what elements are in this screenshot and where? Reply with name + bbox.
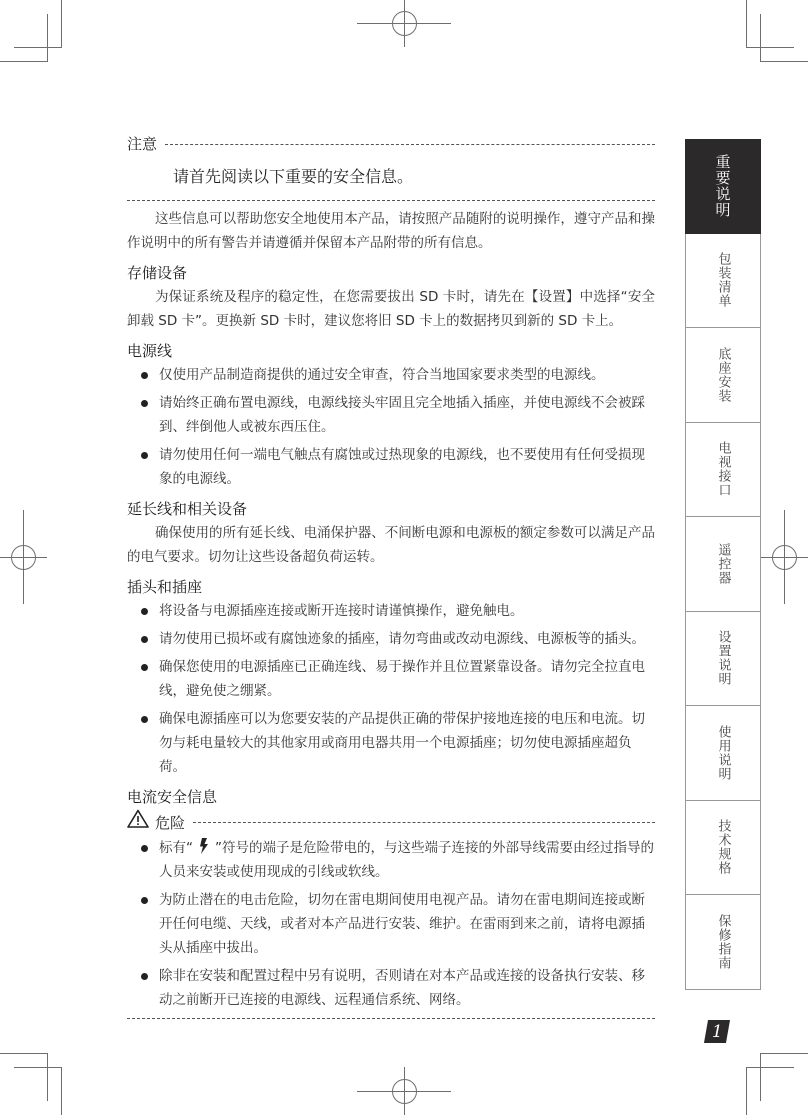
list-item: 仅使用产品制造商提供的通过安全审查，符合当地国家要求类型的电源线。 xyxy=(127,363,655,387)
danger-header: 危险 xyxy=(127,809,655,836)
warning-triangle-icon xyxy=(127,809,149,836)
intro-paragraph: 这些信息可以帮助您安全地使用本产品，请按照产品随附的说明操作，遵守产品和操作说明… xyxy=(127,207,655,255)
note-header: 注意 xyxy=(127,132,655,156)
list-item: 除非在安装和配置过程中另有说明，否则请在对本产品或连接的设备执行安装、移动之前断… xyxy=(127,964,655,1012)
dashed-rule xyxy=(165,144,655,145)
danger-label: 危险 xyxy=(155,811,185,835)
chapter-tabs: 重要说明 包装清单 底座安装 电视接口 遥控器 设置说明 使用说明 技术规格 保… xyxy=(685,139,761,990)
list-item: 标有“”符号的端子是危险带电的，与这些端子连接的外部导线需要由经过指导的人员来安… xyxy=(127,836,655,884)
storage-paragraph: 为保证系统及程序的稳定性，在您需要拔出 SD 卡时，请先在【设置】中选择“安全卸… xyxy=(127,285,655,333)
tab-important-notes[interactable]: 重要说明 xyxy=(685,139,761,234)
tab-package-list[interactable]: 包装清单 xyxy=(685,234,761,329)
list-item: 确保您使用的电源插座已正确连线、易于操作并且位置紧靠设备。请勿完全拉直电线，避免… xyxy=(127,655,655,703)
list-item: 将设备与电源插座连接或断开连接时请谨慎操作，避免触电。 xyxy=(127,599,655,623)
note-subtitle: 请首先阅读以下重要的安全信息。 xyxy=(127,165,655,191)
list-item: 请勿使用任何一端电气触点有腐蚀或过热现象的电源线，也不要使用有任何受损现象的电源… xyxy=(127,443,655,491)
tab-remote-control[interactable]: 遥控器 xyxy=(685,517,761,612)
lightning-bolt-icon xyxy=(197,838,211,854)
dashed-rule xyxy=(193,822,655,823)
section-heading-power-cord: 电源线 xyxy=(127,339,655,363)
tab-stand-installation[interactable]: 底座安装 xyxy=(685,328,761,423)
section-heading-storage: 存储设备 xyxy=(127,261,655,285)
dashed-rule xyxy=(127,200,655,201)
power-cord-list: 仅使用产品制造商提供的通过安全审查，符合当地国家要求类型的电源线。 请始终正确布… xyxy=(127,363,655,491)
section-heading-plugs: 插头和插座 xyxy=(127,575,655,599)
current-list: 标有“”符号的端子是危险带电的，与这些端子连接的外部导线需要由经过指导的人员来安… xyxy=(127,836,655,1012)
plugs-list: 将设备与电源插座连接或断开连接时请谨慎操作，避免触电。 请勿使用已损坏或有腐蚀迹… xyxy=(127,599,655,779)
list-item: 请勿使用已损坏或有腐蚀迹象的插座，请勿弯曲或改动电源线、电源板等的插头。 xyxy=(127,627,655,651)
tab-setup-guide[interactable]: 设置说明 xyxy=(685,612,761,707)
extension-paragraph: 确保使用的所有延长线、电涌保护器、不间断电源和电源板的额定参数可以满足产品的电气… xyxy=(127,521,655,569)
note-title: 注意 xyxy=(127,132,157,156)
tab-warranty-guide[interactable]: 保修指南 xyxy=(685,895,761,990)
page-number: 1 xyxy=(704,1020,730,1043)
section-heading-extension: 延长线和相关设备 xyxy=(127,497,655,521)
tab-usage-guide[interactable]: 使用说明 xyxy=(685,706,761,801)
list-item: 确保电源插座可以为您要安装的产品提供正确的带保护接地连接的电压和电流。切勿与耗电… xyxy=(127,707,655,779)
safety-content: 注意 请首先阅读以下重要的安全信息。 这些信息可以帮助您安全地使用本产品，请按照… xyxy=(127,132,655,1025)
dashed-rule xyxy=(127,1018,655,1019)
tab-tv-interfaces[interactable]: 电视接口 xyxy=(685,423,761,518)
list-item: 为防止潜在的电击危险，切勿在雷电期间使用电视产品。请勿在雷电期间连接或断开任何电… xyxy=(127,888,655,960)
tab-specifications[interactable]: 技术规格 xyxy=(685,801,761,896)
section-heading-current: 电流安全信息 xyxy=(127,785,655,809)
list-item: 请始终正确布置电源线，电源线接头牢固且完全地插入插座，并使电源线不会被踩到、绊倒… xyxy=(127,391,655,439)
